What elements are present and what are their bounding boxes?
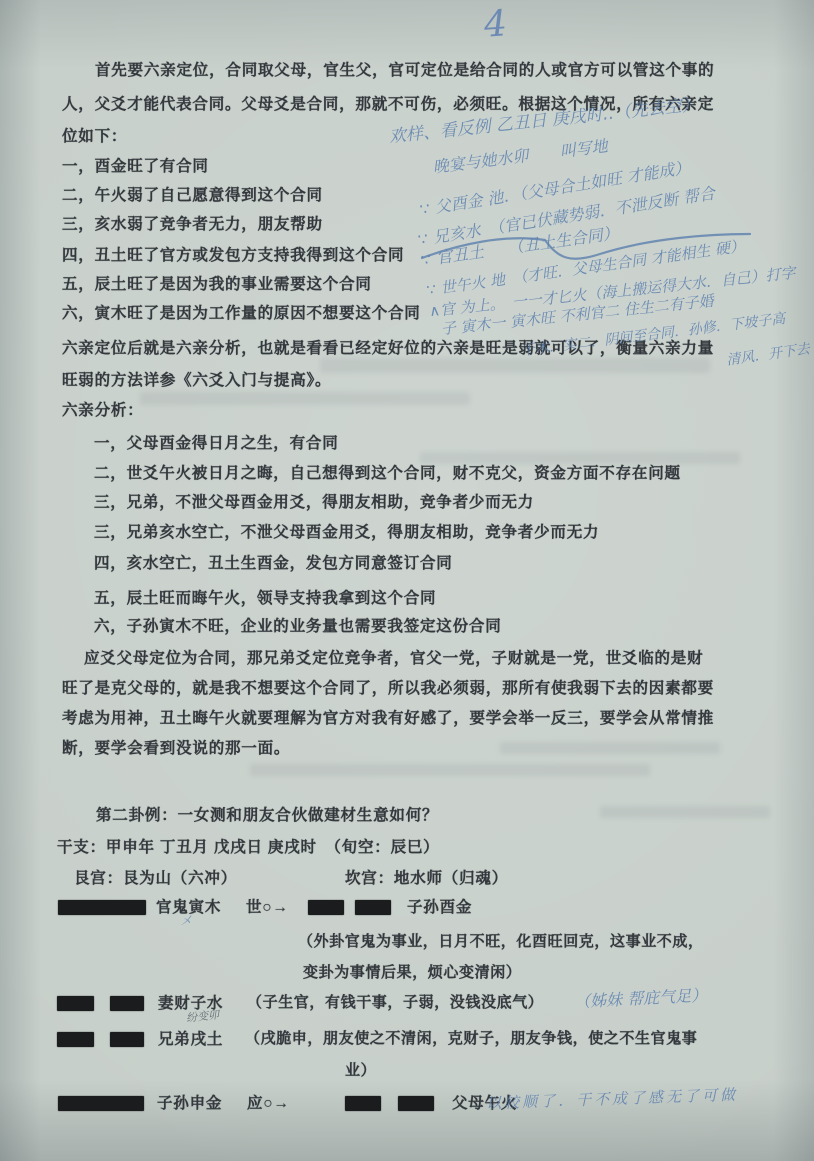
example-ganzhi: 干支：甲申年 丁丑月 戊戌日 庚戌时 （旬空：辰巳） bbox=[57, 835, 439, 857]
positioning-item: 五，辰土旺了是因为我的事业需要这个合同 bbox=[62, 272, 372, 294]
bleed-through bbox=[500, 742, 720, 754]
analysis-item: 五，辰土旺而晦午火，领导支持我拿到这个合同 bbox=[94, 586, 436, 608]
summary-line: 断，要学会看到没说的那一面。 bbox=[62, 736, 290, 758]
hexagram-note: 变卦为事情后果，烦心变清闲） bbox=[303, 961, 521, 982]
hexagram-yin-line bbox=[110, 1032, 144, 1047]
example-title: 第二卦例：一女测和朋友合伙做建材生意如何？ bbox=[96, 803, 438, 825]
positioning-item: 六，寅木旺了是因为工作量的原因不想要这个合同 bbox=[62, 301, 421, 323]
analysis-item: 二，世爻午火被日月之晦，自己想得到这个合同，财不克父，资金方面不存在问题 bbox=[94, 461, 681, 483]
positioning-item: 一，酉金旺了有合同 bbox=[62, 154, 209, 176]
analysis-item: 四，亥水空亡，丑土生酉金，发包方同意签订合同 bbox=[94, 551, 453, 573]
intro-line: 首先要六亲定位，合同取父母，官生父，官可定位是给合同的人或官方可以管这个事的 bbox=[95, 58, 714, 80]
bleed-through bbox=[140, 392, 470, 405]
example-palace-left: 艮宫：艮为山（六冲） bbox=[74, 866, 237, 888]
bleed-through bbox=[250, 764, 650, 776]
hexagram-note-cont: 业） bbox=[345, 1059, 376, 1080]
transition-line: 旺弱的方法详参《六爻入门与提高》。 bbox=[62, 368, 331, 390]
handwritten-note: 清风．开下去 bbox=[725, 338, 811, 369]
handwritten-inline-note: （姊妹 帮庇气足） bbox=[573, 983, 707, 1013]
hexagram-yin-line bbox=[57, 1032, 94, 1047]
hexagram-yin-line bbox=[110, 996, 144, 1011]
hexagram-changed-label: 子孙酉金 bbox=[407, 895, 472, 917]
hexagram-yang-line bbox=[58, 900, 146, 915]
page-number: 4 bbox=[483, 3, 509, 45]
hexagram-yin-line bbox=[345, 1096, 381, 1111]
bleed-through bbox=[600, 806, 770, 818]
handwritten-bottom-note: 以较顺了．干不成了感无了可做 bbox=[486, 1084, 739, 1114]
analysis-heading: 六亲分析： bbox=[62, 398, 144, 420]
hexagram-line-label: 兄弟戌土 bbox=[158, 1027, 223, 1049]
hexagram-yin-line bbox=[57, 996, 94, 1011]
bleed-through bbox=[320, 358, 710, 373]
handwritten-tick: 㐅 bbox=[180, 912, 192, 929]
intro-line: 位如下： bbox=[62, 124, 127, 146]
hexagram-note: （外卦官鬼为事业，日月不旺，化酉旺回克，这事业不成， bbox=[298, 930, 704, 951]
summary-line: 旺了是克父母的，就是我不想要这个合同了，所以我必须弱，那所有使我弱下去的因素都要 bbox=[62, 676, 714, 698]
example-palace-right: 坎宫：地水师（归魂） bbox=[345, 866, 508, 888]
hexagram-note: （戌脆申，朋友使之不清闲，克财子，朋友争钱，使之不生官鬼事 bbox=[245, 1027, 697, 1048]
hexagram-note: （子生官，有钱干事，子弱，没钱没底气） bbox=[247, 991, 543, 1012]
hexagram-line-label: 子孙申金 bbox=[157, 1091, 222, 1113]
hexagram-ying-marker: 应○→ bbox=[247, 1091, 290, 1113]
hexagram-yin-line bbox=[308, 900, 344, 915]
hexagram-shi-marker: 世○→ bbox=[246, 895, 289, 917]
hexagram-yang-line bbox=[58, 1096, 144, 1111]
analysis-item: 三，兄弟，不泄父母酉金用爻，得朋友相助，竞争者少而无力 bbox=[94, 490, 534, 512]
analysis-item: 六，子孙寅木不旺，企业的业务量也需要我签定这份合同 bbox=[94, 614, 502, 636]
hexagram-yin-line bbox=[355, 900, 391, 915]
summary-line: 应爻父母定位为合同，那兄弟爻定位竞争者，官父一党，子财就是一党，世爻临的是财 bbox=[84, 646, 703, 668]
analysis-item: 三，兄弟亥水空亡，不泄父母酉金用爻，得朋友相助，竞争者少而无力 bbox=[94, 520, 599, 542]
positioning-item: 四，丑土旺了官方或发包方支持我得到这个合同 bbox=[62, 243, 404, 265]
positioning-item: 二，午火弱了自己愿意得到这个合同 bbox=[62, 183, 323, 205]
handwritten-scribble: 纷变卯 bbox=[185, 1006, 219, 1025]
scanned-page: 4 首先要六亲定位，合同取父母，官生父，官可定位是给合同的人或官方可以管这个事的… bbox=[0, 0, 814, 1161]
analysis-item: 一，父母酉金得日月之生，有合同 bbox=[94, 431, 339, 453]
summary-line: 考虑为用神，丑土晦午火就要理解为官方对我有好感了，要学会举一反三，要学会从常情推 bbox=[62, 706, 714, 728]
positioning-item: 三，亥水弱了竞争者无力，朋友帮助 bbox=[62, 212, 323, 234]
hexagram-yin-line bbox=[398, 1096, 434, 1111]
